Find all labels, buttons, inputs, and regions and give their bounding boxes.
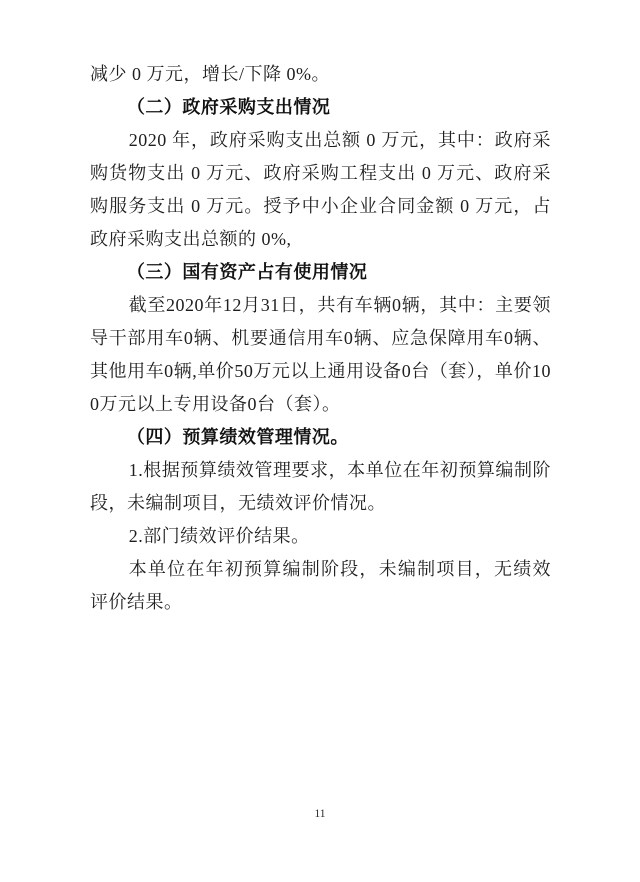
paragraph-performance-item-1: 1.根据预算绩效管理要求，本单位在年初预算编制阶段，未编制项目，无绩效评价情况。 bbox=[90, 454, 551, 520]
document-viewport: { "document": { "paragraphs": [ { "role"… bbox=[0, 0, 640, 882]
section-heading-2-government-procurement: （二）政府采购支出情况 bbox=[90, 91, 551, 124]
section-heading-4-budget-performance: （四）预算绩效管理情况。 bbox=[90, 421, 551, 454]
paragraph-assets-detail: 截至2020年12月31日，共有车辆0辆，其中：主要领导干部用车0辆、机要通信用… bbox=[90, 289, 551, 421]
document-content: 减少 0 万元，增长/下降 0%。 （二）政府采购支出情况 2020 年，政府采… bbox=[90, 58, 551, 619]
paragraph-performance-result: 本单位在年初预算编制阶段，未编制项目，无绩效评价结果。 bbox=[90, 553, 551, 619]
paragraph-performance-item-2: 2.部门绩效评价结果。 bbox=[90, 520, 551, 553]
document-page: 减少 0 万元，增长/下降 0%。 （二）政府采购支出情况 2020 年，政府采… bbox=[0, 0, 640, 882]
paragraph-procurement-detail: 2020 年，政府采购支出总额 0 万元，其中：政府采购货物支出 0 万元、政府… bbox=[90, 124, 551, 256]
paragraph-continuation: 减少 0 万元，增长/下降 0%。 bbox=[90, 58, 551, 91]
page-number: 11 bbox=[0, 808, 640, 820]
section-heading-3-state-assets: （三）国有资产占有使用情况 bbox=[90, 256, 551, 289]
